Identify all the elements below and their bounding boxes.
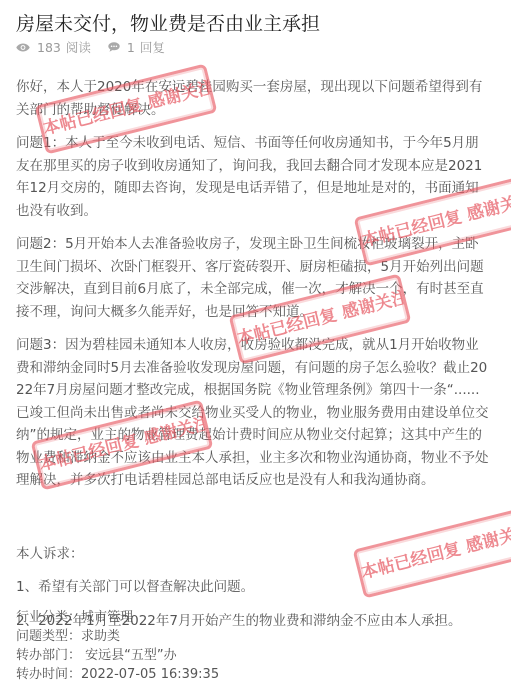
comment-icon <box>108 40 120 56</box>
industry-row: 行业分类：城市管理 <box>16 608 219 627</box>
post-stats: 183 阅读 1 回复 <box>16 40 182 56</box>
issue-2-paragraph: 问题2：5月开始本人去准备验收房子，发现主卧卫生间梳妆柜玻璃裂开，主卧卫生间门损… <box>16 233 490 323</box>
time-value: 2022-07-05 16:39:35 <box>81 667 219 682</box>
industry-label: 行业分类： <box>16 610 81 625</box>
dept-row: 转办部门： 安远县“五型”办 <box>16 646 219 665</box>
views-count: 183 <box>37 40 61 56</box>
demand-item-1: 1、希望有关部门可以督查解决此问题。 <box>16 576 490 599</box>
time-row: 转办时间：2022-07-05 16:39:35 <box>16 665 219 684</box>
replies-label: 回复 <box>140 40 165 56</box>
eye-icon <box>16 40 30 56</box>
type-row: 问题类型：求助类 <box>16 627 219 646</box>
post-title: 房屋未交付，物业费是否由业主承担 <box>16 11 320 37</box>
issue-1-paragraph: 问题1：本人于至今未收到电话、短信、书面等任何收房通知书，于今年5月朋友在那里买… <box>16 132 490 222</box>
intro-paragraph: 你好，本人于2020年在安远碧桂园购买一套房屋，现出现以下问题希望得到有关部门的… <box>16 76 490 121</box>
demands-label: 本人诉求： <box>16 543 490 566</box>
post-body: 你好，本人于2020年在安远碧桂园购买一套房屋，现出现以下问题希望得到有关部门的… <box>16 76 490 643</box>
time-label: 转办时间： <box>16 667 81 682</box>
post-page: 房屋未交付，物业费是否由业主承担 183 阅读 1 回复 你好，本人于2020年… <box>0 0 511 684</box>
type-value: 求助类 <box>81 629 120 644</box>
post-info: 行业分类：城市管理 问题类型：求助类 转办部门： 安远县“五型”办 转办时间：2… <box>16 608 219 684</box>
spacer <box>16 503 490 543</box>
replies-count: 1 <box>127 40 135 56</box>
issue-3-paragraph: 问题3：因为碧桂园未通知本人收房，收房验收都没完成，就从1月开始收物业费和滞纳金… <box>16 334 490 492</box>
type-label: 问题类型： <box>16 629 81 644</box>
industry-value: 城市管理 <box>81 610 133 625</box>
dept-label: 转办部门： <box>16 648 81 663</box>
dept-value: 安远县“五型”办 <box>81 648 177 663</box>
views-label: 阅读 <box>66 40 91 56</box>
